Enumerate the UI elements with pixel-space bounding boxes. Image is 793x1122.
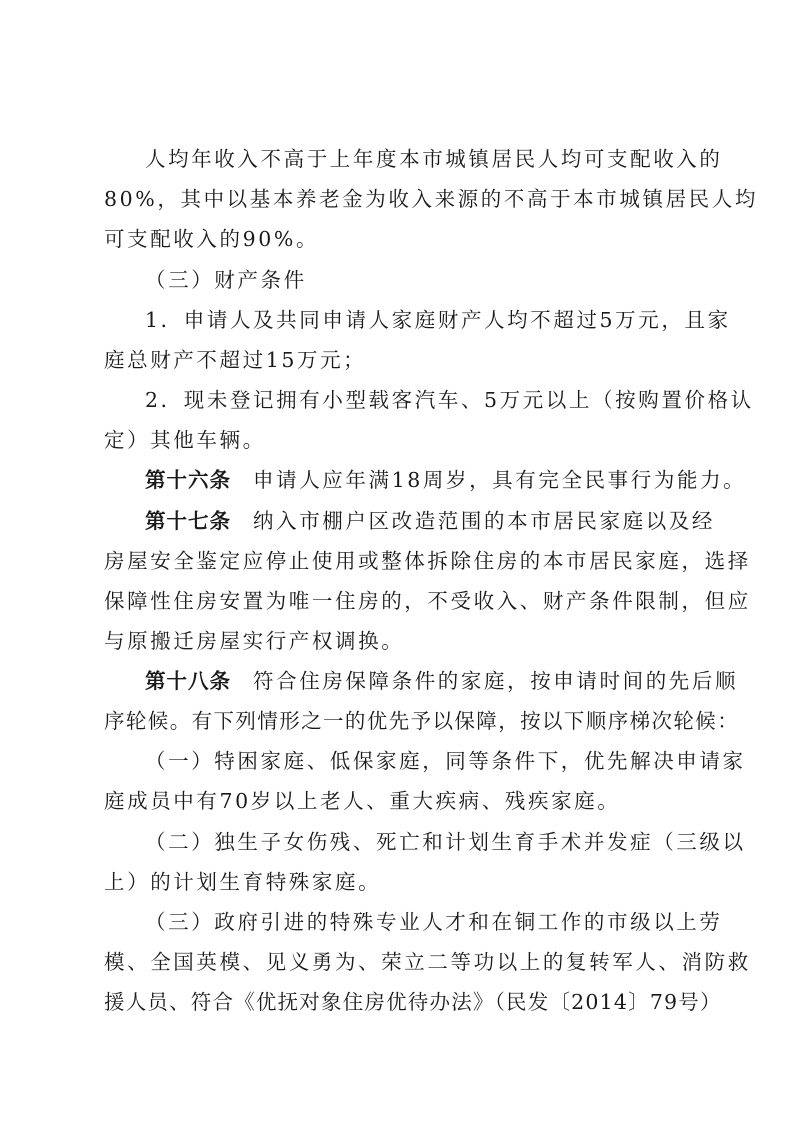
paragraph-line: 庭成员中有70岁以上老人、重大疾病、残疾家庭。 xyxy=(104,786,690,816)
paragraph-line: 1．申请人及共同申请人家庭财产人均不超过5万元，且家 xyxy=(145,305,690,335)
paragraph-line: 上）的计划生育特殊家庭。 xyxy=(104,867,690,897)
article-heading: 第十七条 xyxy=(145,509,231,533)
paragraph-line: 模、全国英模、见义勇为、荣立二等功以上的复转军人、消防救 xyxy=(104,947,690,977)
paragraph-line: 序轮候。有下列情形之一的优先予以保障，按以下顺序梯次轮候： xyxy=(104,706,690,736)
paragraph-line: （二）独生子女伤残、死亡和计划生育手术并发症（三级以 xyxy=(145,827,690,857)
article-18: 第十八条符合住房保障条件的家庭，按申请时间的先后顺 xyxy=(145,666,690,696)
paragraph-line: （一）特困家庭、低保家庭，同等条件下，优先解决申请家 xyxy=(145,746,690,776)
paragraph-line: 与原搬迁房屋实行产权调换。 xyxy=(104,626,690,656)
paragraph-line: （三）政府引进的特殊专业人才和在铜工作的市级以上劳 xyxy=(145,907,690,937)
article-heading: 第十六条 xyxy=(145,468,231,492)
article-text: 纳入市棚户区改造范围的本市居民家庭以及经 xyxy=(253,509,715,533)
section-heading-property: （三）财产条件 xyxy=(145,265,690,295)
paragraph-line: 房屋安全鉴定应停止使用或整体拆除住房的本市居民家庭，选择 xyxy=(104,546,690,576)
article-text: 申请人应年满18周岁，具有完全民事行为能力。 xyxy=(253,468,746,492)
paragraph-line: 援人员、符合《优抚对象住房优待办法》（民发〔2014〕79号） xyxy=(104,987,690,1017)
paragraph-line: 2．现未登记拥有小型载客汽车、5万元以上（按购置价格认 xyxy=(145,385,690,415)
paragraph-line: 保障性住房安置为唯一住房的，不受收入、财产条件限制，但应 xyxy=(104,586,690,616)
document-page: 人均年收入不高于上年度本市城镇居民人均可支配收入的 80%，其中以基本养老金为收… xyxy=(0,0,793,1122)
article-heading: 第十八条 xyxy=(145,669,231,693)
paragraph-line: 80%，其中以基本养老金为收入来源的不高于本市城镇居民人均 xyxy=(104,184,690,214)
article-17: 第十七条纳入市棚户区改造范围的本市居民家庭以及经 xyxy=(145,506,690,536)
paragraph-line: 可支配收入的90%。 xyxy=(104,224,690,254)
paragraph-line: 定）其他车辆。 xyxy=(104,425,690,455)
article-text: 符合住房保障条件的家庭，按申请时间的先后顺 xyxy=(253,669,738,693)
paragraph-line: 庭总财产不超过15万元； xyxy=(104,345,690,375)
article-16: 第十六条申请人应年满18周岁，具有完全民事行为能力。 xyxy=(145,465,690,495)
paragraph-line: 人均年收入不高于上年度本市城镇居民人均可支配收入的 xyxy=(145,144,690,174)
